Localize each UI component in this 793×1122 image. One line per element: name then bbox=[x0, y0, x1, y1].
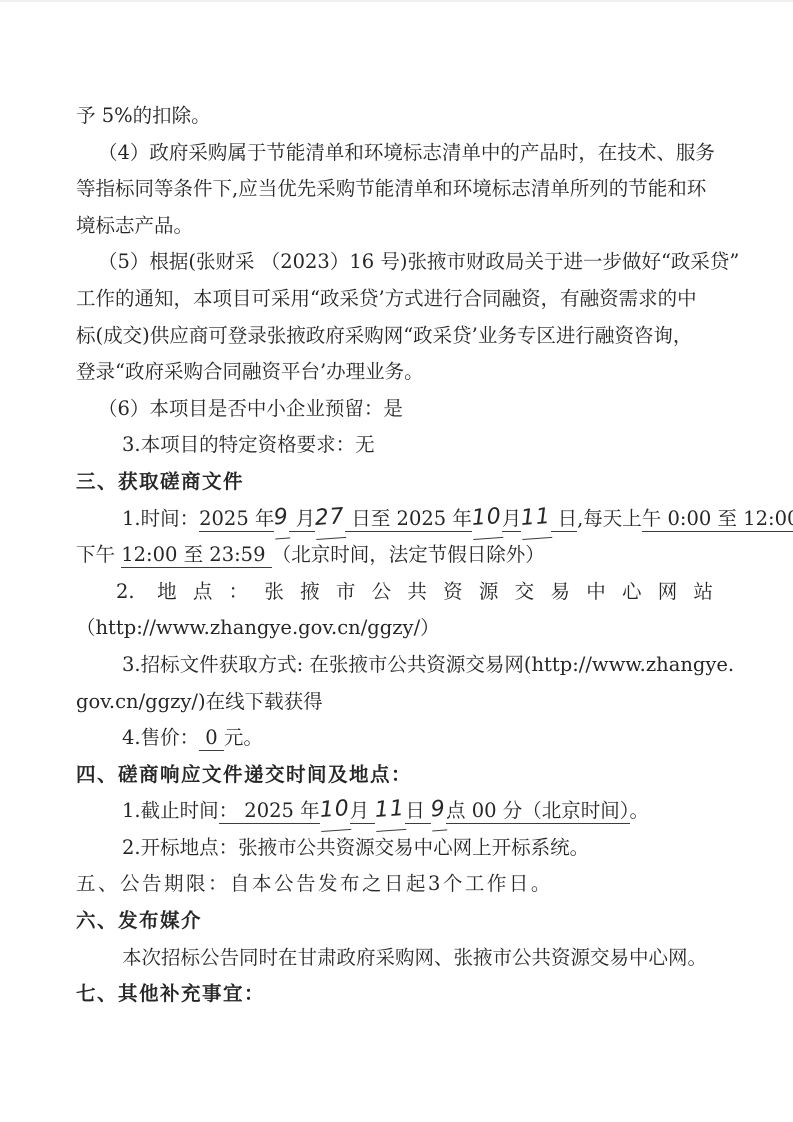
underlined-text: 午 0:00 至 12:00 bbox=[642, 507, 793, 532]
text-segment: 六、发布媒介 bbox=[76, 909, 202, 932]
underlined-text: 日 bbox=[551, 507, 577, 532]
text-segment: 4.售价： bbox=[122, 726, 199, 749]
line-time: 1.时间：2025 年9 月27 日至 2025 年10月11 日,每天上午 0… bbox=[76, 501, 713, 538]
handwritten-text: 11 bbox=[520, 499, 553, 540]
text-segment: 三、获取磋商文件 bbox=[76, 470, 244, 493]
handwritten-text: 9 bbox=[273, 499, 291, 539]
line-item5-1: （5）根据(张财采 （2023）16 号)张掖市财政局关于进一步做好“政采贷” bbox=[76, 244, 713, 281]
heading-section-7: 七、其他补充事宜： bbox=[76, 976, 713, 1013]
line-bid-opening: 2.开标地点：张掖市公共资源交易中心网上开标系统。 bbox=[76, 830, 713, 867]
text-segment: 本次招标公告同时在甘肃政府采购网、张掖市公共资源交易中心网。 bbox=[122, 946, 707, 969]
handwritten-text: 27 bbox=[314, 499, 347, 540]
line-deadline: 1.截止时间： 2025 年10月 11日 9点 00 分（北京时间）。 bbox=[76, 793, 713, 830]
line-location: 2. 地点：张掖市公共资源交易中心网站 bbox=[76, 574, 713, 611]
heading-section-6: 六、发布媒介 bbox=[76, 903, 713, 940]
line-price: 4.售价： 0 元。 bbox=[76, 720, 713, 757]
underlined-text: ： 2025 年 bbox=[219, 799, 320, 824]
text-segment: （4）政府采购属于节能清单和环境标志清单中的产品时，在技术、服务 bbox=[98, 141, 715, 164]
line-item3-qualification: 3.本项目的特定资格要求：无 bbox=[76, 427, 713, 464]
underlined-text: 12:00 至 23:59 bbox=[121, 543, 272, 568]
underlined-text: 月 bbox=[502, 507, 522, 532]
line-time-2: 下午 12:00 至 23:59 （北京时间，法定节假日除外） bbox=[76, 537, 713, 574]
text-segment: （5）根据(张财采 （2023）16 号)张掖市财政局关于进一步做好“政采贷” bbox=[98, 250, 739, 273]
heading-section-3: 三、获取磋商文件 bbox=[76, 464, 713, 501]
text-segment: （http://www.zhangye.gov.cn/ggzy/） bbox=[76, 616, 440, 639]
text-segment: 1.截止时间 bbox=[122, 799, 219, 822]
line-section-5: 五、公告期限：自本公告发布之日起3个工作日。 bbox=[76, 866, 713, 903]
text-segment: 工作的通知，本项目可采用“政采贷’方式进行合同融资，有融资需求的中 bbox=[76, 287, 697, 310]
text-segment: 予 5%的扣除。 bbox=[76, 104, 211, 127]
text-segment: 境标志产品。 bbox=[76, 214, 193, 237]
text-segment: （北京时间，法定节假日除外） bbox=[272, 543, 545, 566]
underlined-text: 日 bbox=[405, 799, 431, 824]
underlined-text: 0 bbox=[199, 726, 224, 751]
handwritten-text: 10 bbox=[470, 499, 503, 540]
underlined-text: 月 bbox=[289, 507, 315, 532]
line-item5-2: 工作的通知，本项目可采用“政采贷’方式进行合同融资，有融资需求的中 bbox=[76, 281, 713, 318]
handwritten-text: 10 bbox=[318, 791, 351, 832]
text-segment: 2.开标地点：张掖市公共资源交易中心网上开标系统。 bbox=[122, 836, 589, 859]
text-segment: 2. 地点：张掖市公共资源交易中心网站 bbox=[116, 580, 713, 603]
underlined-text: 日至 2025 年 bbox=[345, 507, 472, 532]
underlined-text: 月 bbox=[350, 799, 376, 824]
text-segment: 下午 bbox=[76, 543, 121, 566]
text-segment: 标(成交)供应商可登录张掖政府采购网“政采贷’业务专区进行融资咨询， bbox=[76, 324, 692, 347]
text-segment: 。 bbox=[630, 799, 650, 822]
text-segment: 五、公告期限：自本公告发布之日起3个工作日。 bbox=[76, 872, 553, 895]
heading-section-4: 四、磋商响应文件递交时间及地点： bbox=[76, 757, 713, 794]
line-item4-3: 境标志产品。 bbox=[76, 208, 713, 245]
text-segment: 七、其他补充事宜： bbox=[76, 982, 265, 1005]
line-obtain-method-2: gov.cn/ggzy/)在线下载获得 bbox=[76, 684, 713, 721]
text-segment: 3.本项目的特定资格要求：无 bbox=[122, 433, 375, 456]
line-media: 本次招标公告同时在甘肃政府采购网、张掖市公共资源交易中心网。 bbox=[76, 940, 713, 977]
handwritten-text: 11 bbox=[374, 791, 407, 832]
line-location-url: （http://www.zhangye.gov.cn/ggzy/） bbox=[76, 610, 713, 647]
text-segment: 3.招标文件获取方式: 在张掖市公共资源交易网(http://www.zhang… bbox=[122, 653, 734, 676]
line-item4-2: 等指标同等条件下,应当优先采购节能清单和环境标志清单所列的节能和环 bbox=[76, 171, 713, 208]
document-page: 予 5%的扣除。（4）政府采购属于节能清单和环境标志清单中的产品时，在技术、服务… bbox=[0, 0, 793, 1122]
line-item5-4: 登录“政府采购合同融资平台’办理业务。 bbox=[76, 354, 713, 391]
text-segment: （6）本项目是否中小企业预留：是 bbox=[98, 397, 403, 420]
underlined-text: 点 00 分（北京时间） bbox=[446, 799, 629, 824]
text-segment: 等指标同等条件下,应当优先采购节能清单和环境标志清单所列的节能和环 bbox=[76, 177, 706, 200]
line-item5-3: 标(成交)供应商可登录张掖政府采购网“政采贷’业务专区进行融资咨询， bbox=[76, 318, 713, 355]
line-item4-1: （4）政府采购属于节能清单和环境标志清单中的产品时，在技术、服务 bbox=[76, 135, 713, 172]
text-segment: ,每天上 bbox=[577, 507, 642, 530]
text-segment: 四、磋商响应文件递交时间及地点： bbox=[76, 763, 412, 786]
text-segment: gov.cn/ggzy/)在线下载获得 bbox=[76, 690, 323, 713]
text-segment: 1.时间： bbox=[122, 507, 199, 530]
text-segment: 登录“政府采购合同融资平台’办理业务。 bbox=[76, 360, 424, 383]
text-segment: 元。 bbox=[224, 726, 263, 749]
line-item6: （6）本项目是否中小企业预留：是 bbox=[76, 391, 713, 428]
handwritten-text: 9 bbox=[430, 792, 448, 832]
line-deduction-tail: 予 5%的扣除。 bbox=[76, 98, 713, 135]
line-obtain-method-1: 3.招标文件获取方式: 在张掖市公共资源交易网(http://www.zhang… bbox=[76, 647, 713, 684]
underlined-text: 2025 年 bbox=[199, 507, 274, 532]
